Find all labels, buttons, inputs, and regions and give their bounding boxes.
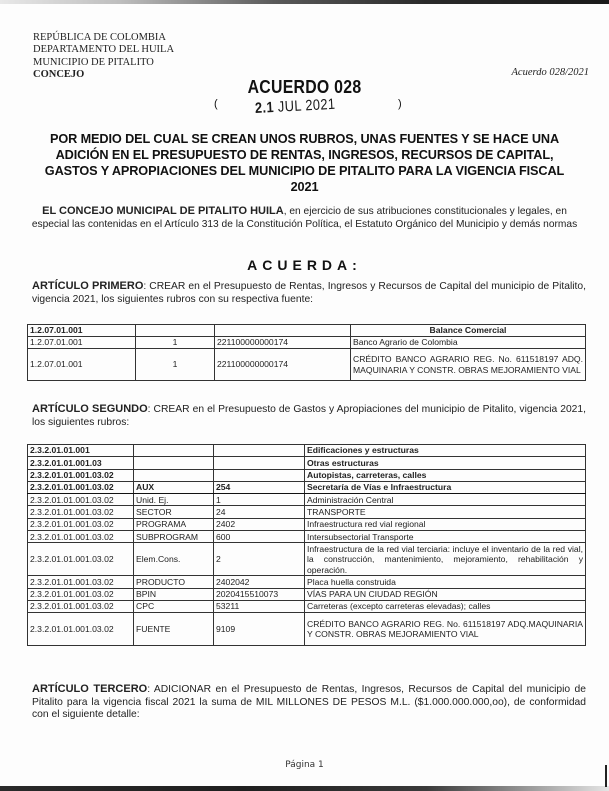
page-number: Página 1 [0,760,609,770]
table-row: 2.3.2.01.01.001.03.02Elem.Cons.2Infraest… [28,543,586,576]
rubro-code-cell: 2.3.2.01.01.001.03.02 [28,469,134,481]
description-cell: Administración Central [305,494,586,506]
article-label: ARTÍCULO TERCERO [32,683,147,695]
date-stamp-day: 2.1 [255,99,275,117]
date-close-paren: ) [398,98,402,110]
field-label-cell [134,469,214,481]
table-row: 2.3.2.01.01.001.03.02PRODUCTO2402042Plac… [28,576,586,588]
field-value-cell: 9109 [214,613,305,646]
scan-edge-right [605,765,607,787]
article-label: ARTÍCULO SEGUNDO [32,403,148,415]
rubro-code-cell: 2.3.2.01.01.001.03 [28,457,134,469]
rubro-code-cell: 2.3.2.01.01.001.03.02 [28,600,134,612]
scan-edge-top [0,0,609,4]
table-row: 1.2.07.01.0011221100000000174CRÉDITO BAN… [28,349,586,381]
table-row: 2.3.2.01.01.001.03Otras estructuras [28,457,586,469]
field-value-cell: 2402042 [214,576,305,588]
description-cell: Banco Agrario de Colombia [351,337,586,349]
rubro-code-cell: 1.2.07.01.001 [28,337,136,349]
rubro-code-cell: 2.3.2.01.01.001.03.02 [28,506,134,518]
table-row: 1.2.07.01.0011221100000000174Banco Agrar… [28,337,586,349]
rubro-code-cell: 2.3.2.01.01.001.03.02 [28,494,134,506]
source-number-cell [136,325,215,337]
field-label-cell [134,445,214,457]
field-value-cell: 1 [214,494,305,506]
field-label-cell: CPC [134,600,214,612]
source-number-cell: 1 [136,349,215,381]
letterhead: REPÚBLICA DE COLOMBIA DEPARTAMENTO DEL H… [33,32,174,82]
field-value-cell: 254 [214,481,305,493]
article-tercero: ARTÍCULO TERCERO: ADICIONAR en el Presup… [32,683,586,722]
table-row: 2.3.2.01.01.001.03.02AUX254Secretaría de… [28,481,586,493]
field-label-cell: SUBPROGRAM [134,531,214,543]
rubro-code-cell: 2.3.2.01.01.001.03.02 [28,576,134,588]
description-cell: CRÉDITO BANCO AGRARIO REG. No. 611518197… [305,613,586,646]
table-row: 2.3.2.01.01.001.03.02CPC53211Carreteras … [28,600,586,612]
main-heading: POR MEDIO DEL CUAL SE CREAN UNOS RUBROS,… [30,131,579,195]
table-gastos: 2.3.2.01.01.001Edificaciones y estructur… [27,444,586,646]
field-value-cell [214,469,305,481]
preamble-lead: EL CONCEJO MUNICIPAL DE PITALITO HUILA [42,205,284,217]
rubro-code-cell: 2.3.2.01.01.001.03.02 [28,481,134,493]
letterhead-line: DEPARTAMENTO DEL HUILA [33,44,174,56]
scan-edge-bottom [0,786,609,791]
rubro-code-cell: 2.3.2.01.01.001.03.02 [28,531,134,543]
source-number-cell: 1 [136,337,215,349]
account-number-cell: 221100000000174 [215,337,351,349]
field-label-cell: SECTOR [134,506,214,518]
field-value-cell: 24 [214,506,305,518]
table-row: 2.3.2.01.01.001.03.02FUENTE9109CRÉDITO B… [28,613,586,646]
article-label: ARTÍCULO PRIMERO [32,280,143,292]
table-row: 2.3.2.01.01.001.03.02BPIN2020415510073VÍ… [28,588,586,600]
description-cell: Balance Comercial [351,325,586,337]
field-value-cell: 2 [214,543,305,576]
article-primero: ARTÍCULO PRIMERO: CREAR en el Presupuest… [32,280,586,306]
field-value-cell: 2020415510073 [214,588,305,600]
description-cell: Secretaría de Vías e Infraestructura [305,481,586,493]
description-cell: Infraestructura de la red vial terciaria… [305,543,586,576]
date-open-paren: ( [214,98,218,110]
description-cell: Edificaciones y estructuras [305,445,586,457]
field-label-cell: BPIN [134,588,214,600]
field-value-cell: 600 [214,531,305,543]
field-value-cell [214,457,305,469]
rubro-code-cell: 2.3.2.01.01.001.03.02 [28,588,134,600]
description-cell: Infraestructura red vial regional [305,518,586,530]
table-row: 2.3.2.01.01.001.03.02SECTOR24TRANSPORTE [28,506,586,518]
description-cell: Autopistas, carreteras, calles [305,469,586,481]
field-label-cell: Elem.Cons. [134,543,214,576]
account-number-cell [215,325,351,337]
description-cell: Placa huella construida [305,576,586,588]
description-cell: CRÉDITO BANCO AGRARIO REG. No. 611518197… [351,349,586,381]
date-stamp-month-year: JUL 2021 [278,96,336,116]
acuerda-heading: ACUERDA: [0,257,609,273]
table-row: 2.3.2.01.01.001.03.02Autopistas, carrete… [28,469,586,481]
date-stamp: 2.1 JUL 2021 [255,96,336,117]
document-title: ACUERDO 028 [37,77,573,98]
table-row: 2.3.2.01.01.001.03.02SUBPROGRAM600Inters… [28,531,586,543]
description-cell: TRANSPORTE [305,506,586,518]
field-label-cell: AUX [134,481,214,493]
rubro-code-cell: 2.3.2.01.01.001 [28,445,134,457]
letterhead-line: REPÚBLICA DE COLOMBIA [33,32,174,44]
rubro-code-cell: 1.2.07.01.001 [28,349,136,381]
rubro-code-cell: 2.3.2.01.01.001.03.02 [28,543,134,576]
field-label-cell: FUENTE [134,613,214,646]
description-cell: VÍAS PARA UN CIUDAD REGIÓN [305,588,586,600]
table-row: 2.3.2.01.01.001Edificaciones y estructur… [28,445,586,457]
table-row: 2.3.2.01.01.001.03.02Unid. Ej.1Administr… [28,494,586,506]
field-label-cell: Unid. Ej. [134,494,214,506]
field-label-cell: PROGRAMA [134,518,214,530]
description-cell: Otras estructuras [305,457,586,469]
description-cell: Intersubsectorial Transporte [305,531,586,543]
field-label-cell: PRODUCTO [134,576,214,588]
table-row: 1.2.07.01.001Balance Comercial [28,325,586,337]
rubro-code-cell: 1.2.07.01.001 [28,325,136,337]
field-label-cell [134,457,214,469]
description-cell: Carreteras (excepto carreteras elevadas)… [305,600,586,612]
table-row: 2.3.2.01.01.001.03.02PROGRAMA2402Infraes… [28,518,586,530]
letterhead-line: MUNICIPIO DE PITALITO [33,57,174,69]
table-rentas: 1.2.07.01.001Balance Comercial1.2.07.01.… [27,324,586,381]
preamble: EL CONCEJO MUNICIPAL DE PITALITO HUILA, … [30,205,579,231]
rubro-code-cell: 2.3.2.01.01.001.03.02 [28,518,134,530]
field-value-cell: 2402 [214,518,305,530]
article-segundo: ARTÍCULO SEGUNDO: CREAR en el Presupuest… [32,403,586,429]
rubro-code-cell: 2.3.2.01.01.001.03.02 [28,613,134,646]
field-value-cell: 53211 [214,600,305,612]
account-number-cell: 221100000000174 [215,349,351,381]
field-value-cell [214,445,305,457]
